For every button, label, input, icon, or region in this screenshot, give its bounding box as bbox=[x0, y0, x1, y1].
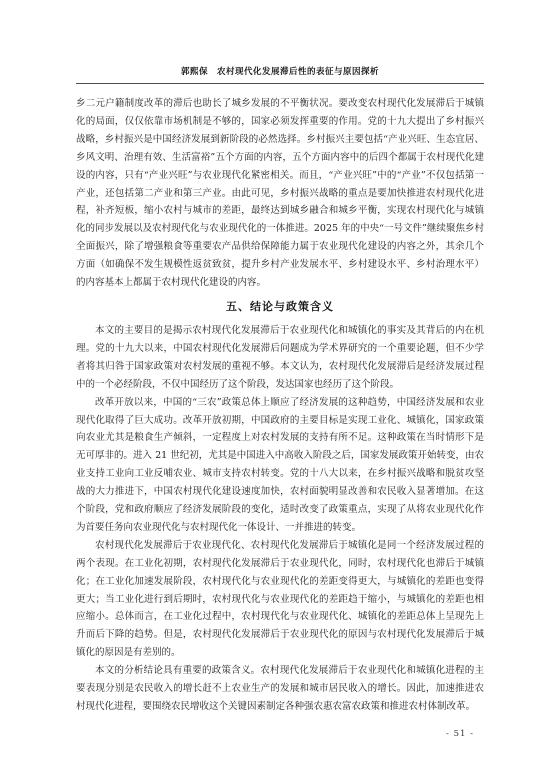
paper-page: 郭熙保 农村现代化发展滞后性的表征与原因探析 乡二元户籍制度改革的滞后也助长了城… bbox=[0, 0, 553, 782]
paragraph: 本文的主要目的是揭示农村现代化发展滞后于农业现代化和城镇化的事实及其背后的内在机… bbox=[76, 322, 484, 394]
paragraph-continuation: 乡二元户籍制度改革的滞后也助长了城乡发展的不平衡状况。要改变农村现代化发展滞后于… bbox=[76, 95, 484, 292]
paragraph: 改革开放以来，中国的“三农”政策总体上顺应了经济发展的这种趋势，中国经济发展和农… bbox=[76, 394, 484, 537]
header-rule bbox=[76, 83, 484, 84]
section-heading: 五、结论与政策含义 bbox=[76, 298, 484, 316]
paragraph: 农村现代化发展滞后于农业现代化、农村现代化发展滞后于城镇化是同一个经济发展过程的… bbox=[76, 537, 484, 662]
running-header: 郭熙保 农村现代化发展滞后性的表征与原因探析 bbox=[76, 66, 484, 78]
paragraph: 本文的分析结论具有重要的政策含义。农村现代化发展滞后于农业现代化和城镇化进程的主… bbox=[76, 662, 484, 716]
page-number: - 51 - bbox=[76, 729, 484, 739]
article-body: 乡二元户籍制度改革的滞后也助长了城乡发展的不平衡状况。要改变农村现代化发展滞后于… bbox=[76, 95, 484, 716]
